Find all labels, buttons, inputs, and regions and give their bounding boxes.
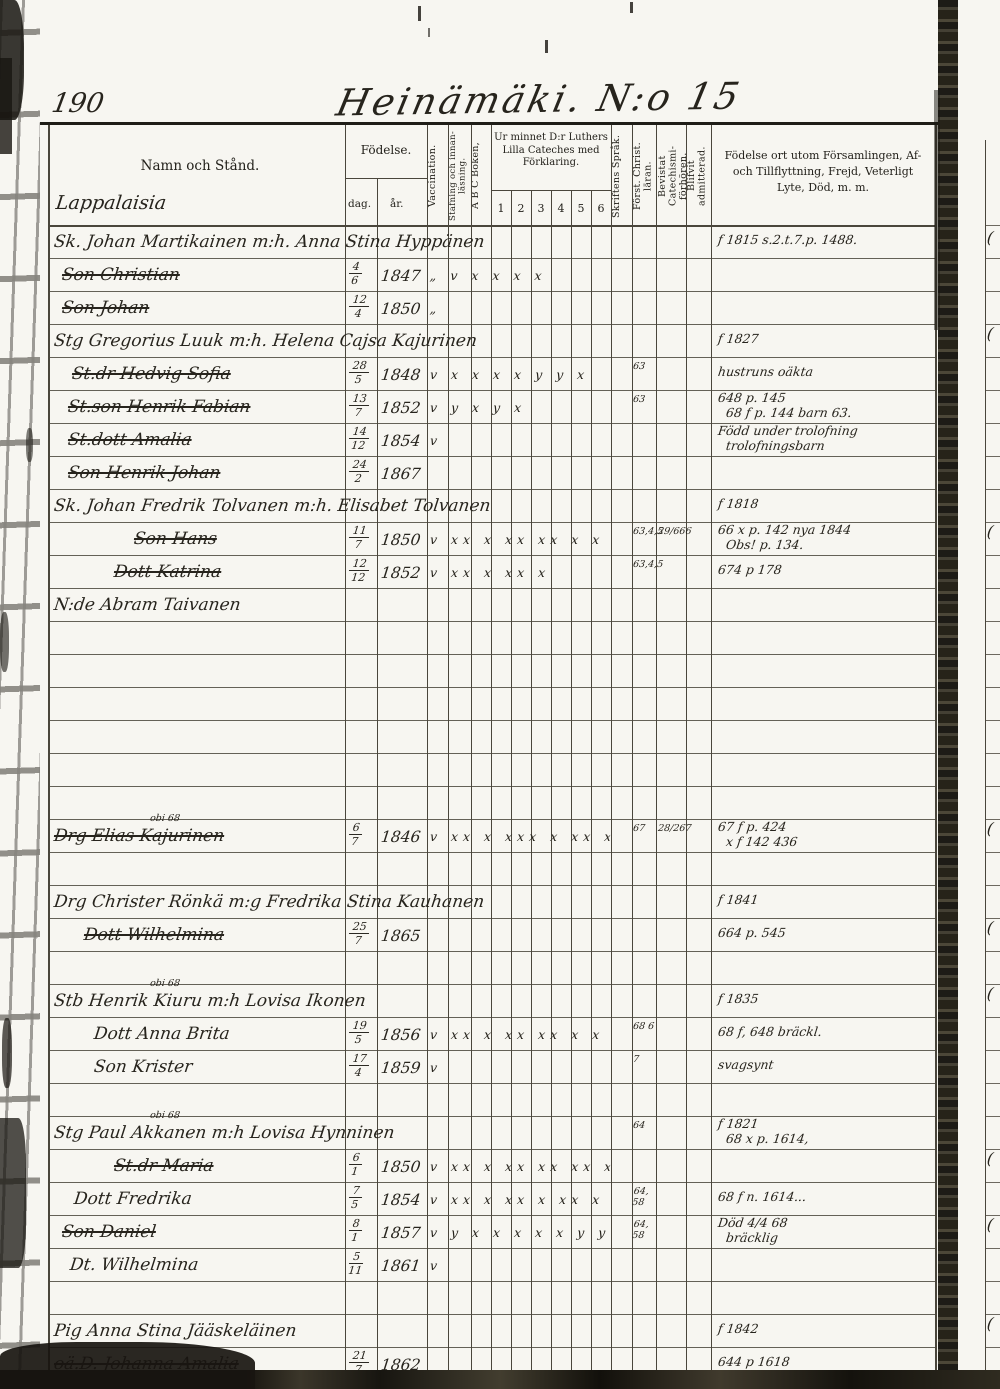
birth-day-numerator: 19 xyxy=(349,1020,370,1033)
person-name: Drg Elias Kajurinen xyxy=(53,826,226,846)
village-note: Lappalaisia xyxy=(55,192,168,214)
birth-day-denominator: 7 xyxy=(348,406,369,418)
christ-laran-note: 63,4,5 xyxy=(632,559,659,570)
birth-year: 1847 xyxy=(380,267,422,285)
table-row xyxy=(0,621,1000,654)
fragment-row-line xyxy=(986,291,1000,292)
page-number: 190 xyxy=(49,88,106,119)
col-header-forst: Först. Christ. läran. xyxy=(633,130,655,222)
birth-day: 137 xyxy=(348,393,371,418)
remark-line: 674 p 178 xyxy=(717,563,782,577)
fragment-row-line xyxy=(986,621,1000,622)
birth-day-numerator: 12 xyxy=(349,558,370,571)
cateches-col-number: 3 xyxy=(531,202,551,215)
person-name: Dott Katrina xyxy=(113,562,223,582)
birth-day-numerator: 6 xyxy=(349,822,363,835)
birth-year: 1850 xyxy=(380,531,422,549)
table-row: St.dr Maria611850v xx x xx xx xx xx x xyxy=(0,1149,1000,1182)
examination-marks: v xyxy=(429,1258,611,1273)
birth-day-numerator: 21 xyxy=(349,1350,370,1363)
fodelse-divider xyxy=(345,178,427,179)
fragment-row-line xyxy=(986,456,1000,457)
birth-day-denominator: 6 xyxy=(348,274,362,286)
person-name: Dott Anna Brita xyxy=(93,1024,231,1044)
fragment-row-line xyxy=(986,1083,1000,1084)
scan-blot xyxy=(26,428,33,462)
fragment-row-line xyxy=(986,852,1000,853)
table-row: Dott Fredrika751854v xx x xx x xx x xx64… xyxy=(0,1182,1000,1215)
examination-marks: v xx x xx x xx x xx xyxy=(429,1192,611,1207)
birth-day: 75 xyxy=(348,1185,364,1210)
birth-year: 1846 xyxy=(380,828,422,846)
table-row: N:de Abram Taivanen xyxy=(0,588,1000,621)
birth-day: 117 xyxy=(348,525,371,550)
birth-day: 257 xyxy=(348,921,371,946)
birth-day-numerator: 5 xyxy=(349,1251,364,1264)
remark-line: Död 4/4 68 xyxy=(717,1216,788,1230)
fragment-row-line xyxy=(986,357,1000,358)
scanned-register-page: 190 Heinämäki. N:o 15 Namn och Stånd. La… xyxy=(0,0,1000,1389)
cateches-col-number: 2 xyxy=(511,202,531,215)
birth-year: 1857 xyxy=(380,1224,422,1242)
remark-line: x f 142 436 xyxy=(725,835,798,849)
table-row: Dott Wilhelmina2571865664 p. 545 xyxy=(0,918,1000,951)
birth-day: 195 xyxy=(348,1020,371,1045)
examination-marks: „ xyxy=(429,301,611,316)
col-header-vaccination: Vaccination. xyxy=(428,130,447,222)
person-name: Dott Wilhelmina xyxy=(83,925,226,945)
col-header-blifvit: Blifvit admitterad. xyxy=(687,130,710,222)
birth-day-denominator: 2 xyxy=(348,472,369,484)
scan-blot xyxy=(2,1018,12,1088)
birth-day-numerator: 17 xyxy=(349,1053,370,1066)
birth-day: 1212 xyxy=(348,558,371,583)
birth-day-numerator: 28 xyxy=(349,360,370,373)
person-name: Stg Gregorius Luuk m:h. Helena Cajsa Kaj… xyxy=(53,331,478,351)
christ-laran-note: 64, 58 xyxy=(632,1186,661,1208)
fragment-row-line xyxy=(986,489,1000,490)
birth-year: 1865 xyxy=(380,927,422,945)
person-name: Dott Fredrika xyxy=(73,1189,193,1209)
fragment-row-line xyxy=(986,951,1000,952)
christ-laran-note: 64 xyxy=(632,1120,659,1131)
birth-day-denominator: 7 xyxy=(348,934,369,946)
person-name: Son Krister xyxy=(93,1057,194,1077)
birth-day: 81 xyxy=(348,1218,364,1243)
col-header-stafning: Stafning och innan-läsning. xyxy=(449,128,470,224)
table-row: Son Krister1741859v7svagsynt xyxy=(0,1050,1000,1083)
birth-day-denominator: 12 xyxy=(348,439,369,451)
table-row: Son Henrik Johan2421867 xyxy=(0,456,1000,489)
examination-marks: v y x x x x x y y xyxy=(429,1225,611,1240)
fragment-row-line xyxy=(986,423,1000,424)
examination-marks: v x x x x y y x xyxy=(429,367,611,382)
col-header-skriftens: Skriftens Språk. xyxy=(612,130,631,222)
col-header-fodelse: Födelse. xyxy=(345,143,427,157)
person-name: Son Henrik Johan xyxy=(67,463,222,483)
table-row: St.dott Amalia14121854vFödd under trolof… xyxy=(0,423,1000,456)
table-row xyxy=(0,654,1000,687)
table-row xyxy=(0,687,1000,720)
christ-laran-note: 63 xyxy=(632,394,659,405)
table-row xyxy=(0,852,1000,885)
birth-day-denominator: 7 xyxy=(348,538,369,550)
birth-day-denominator: 11 xyxy=(348,1264,363,1276)
remark-line: hustruns oäkta xyxy=(717,365,814,379)
person-name: St.son Henrik Fabian xyxy=(67,397,252,417)
catechismi-note: 29/666 xyxy=(657,526,688,537)
examination-marks: v xyxy=(429,1060,611,1075)
fragment-row-line xyxy=(986,1347,1000,1348)
fragment-row-line xyxy=(986,1050,1000,1051)
person-name: Drg Christer Rönkä m:g Fredrika Stina Ka… xyxy=(53,892,486,912)
scan-blot xyxy=(0,612,9,672)
remark-line: svagsynt xyxy=(717,1058,774,1072)
remark-line: 68 x p. 1614, xyxy=(725,1132,809,1146)
fragment-row-line xyxy=(986,1182,1000,1183)
col-header-bevistat: Bevistat Catechismi-förhören. xyxy=(658,128,685,224)
col-header-namn: Namn och Stånd. xyxy=(60,158,340,174)
remark-line: f 1815 s.2.t.7.p. 1488. xyxy=(717,233,858,247)
fragment-row-line xyxy=(986,1017,1000,1018)
table-top-border xyxy=(40,122,945,125)
person-name: Sk. Johan Fredrik Tolvanen m:h. Elisabet… xyxy=(53,496,492,516)
cateches-col-number: 4 xyxy=(551,202,571,215)
birth-day-denominator: 4 xyxy=(348,307,369,319)
birth-day-numerator: 14 xyxy=(349,426,370,439)
examination-marks: v xyxy=(429,433,611,448)
christ-laran-note: 67 xyxy=(632,823,659,834)
fragment-row-line xyxy=(986,654,1000,655)
fragment-row-line xyxy=(986,390,1000,391)
birth-year: 1854 xyxy=(380,432,422,450)
table-row: Son Hans1171850v xx x xx xx x x63,4,529/… xyxy=(0,522,1000,555)
christ-laran-note: 63,4,5 xyxy=(632,526,659,537)
birth-day: 67 xyxy=(348,822,364,847)
birth-day-denominator: 12 xyxy=(348,571,369,583)
birth-day: 174 xyxy=(348,1053,371,1078)
cateches-col-number: 5 xyxy=(571,202,591,215)
table-row xyxy=(0,753,1000,786)
fragment-row-line xyxy=(986,687,1000,688)
remark-line: Obs! p. 134. xyxy=(725,538,804,552)
christ-laran-note: 64, 58 xyxy=(632,1219,661,1241)
fragment-row-line xyxy=(986,555,1000,556)
birth-day: 1412 xyxy=(348,426,371,451)
fragment-row-line xyxy=(986,258,1000,259)
birth-day-numerator: 8 xyxy=(349,1218,363,1231)
birth-year: 1854 xyxy=(380,1191,422,1209)
remark-line: 68 f p. 144 barn 63. xyxy=(725,406,852,420)
remark-line: f 1821 xyxy=(717,1117,759,1131)
christ-laran-note: 7 xyxy=(632,1054,659,1065)
person-name: Dt. Wilhelmina xyxy=(69,1255,200,1275)
entry-annotation: obi 68 xyxy=(149,978,180,989)
birth-day-numerator: 7 xyxy=(349,1185,363,1198)
birth-day-denominator: 5 xyxy=(348,373,369,385)
person-name: Pig Anna Stina Jääskeläinen xyxy=(53,1321,298,1341)
entry-annotation: obi 68 xyxy=(149,1110,180,1121)
fragment-row-line xyxy=(986,1281,1000,1282)
table-row: Stg Gregorius Luuk m:h. Helena Cajsa Kaj… xyxy=(0,324,1000,357)
examination-marks: v y x y x xyxy=(429,400,611,415)
fragment-row-line xyxy=(986,1116,1000,1117)
birth-day-denominator: 5 xyxy=(348,1033,369,1045)
examination-marks: v xx x xxx x xx x xyxy=(429,829,611,844)
book-gutter-shadow xyxy=(938,0,958,1389)
birth-day: 124 xyxy=(348,294,371,319)
birth-day-denominator: 4 xyxy=(348,1066,369,1078)
scan-blot xyxy=(0,1342,255,1389)
birth-day-numerator: 12 xyxy=(349,294,370,307)
table-row: Dott Anna Brita1951856v xx x xx xx x x x… xyxy=(0,1017,1000,1050)
scan-blot xyxy=(630,2,633,13)
examination-marks: „ v x x x x xyxy=(429,268,611,283)
fragment-row-line xyxy=(986,885,1000,886)
birth-year: 1861 xyxy=(380,1257,422,1275)
remark-line: trolofningsbarn xyxy=(725,439,825,453)
birth-year: 1850 xyxy=(380,300,422,318)
fragment-row-line xyxy=(986,225,1000,226)
birth-year: 1859 xyxy=(380,1059,422,1077)
remark-line: 664 p. 545 xyxy=(717,926,786,940)
examination-marks: v xx x xx x xyxy=(429,565,611,580)
birth-day-denominator: 5 xyxy=(348,1198,362,1210)
col-header-abc: A B C Boken, xyxy=(471,130,490,222)
table-row: St.dr Hedvig Sofia2851848v x x x x y y x… xyxy=(0,357,1000,390)
remark-line: 68 f n. 1614... xyxy=(717,1190,807,1204)
cateches-divider xyxy=(491,190,611,191)
birth-day-numerator: 6 xyxy=(349,1152,363,1165)
scan-blot xyxy=(545,40,548,53)
person-name: St.dr Hedvig Sofia xyxy=(71,364,232,384)
fragment-row-line xyxy=(986,720,1000,721)
table-row: Son Johan1241850„ xyxy=(0,291,1000,324)
table-row xyxy=(0,720,1000,753)
person-name: Stg Paul Akkanen m:h Lovisa Hynninen xyxy=(53,1123,396,1143)
birth-day: 46 xyxy=(348,261,364,286)
table-row: Son Christian461847„ v x x x x xyxy=(0,258,1000,291)
table-row: St.son Henrik Fabian1371852v y x y x6364… xyxy=(0,390,1000,423)
remark-line: 648 p. 145 xyxy=(717,391,786,405)
col-header-ar: år. xyxy=(390,198,403,210)
remark-line: 68 f, 648 bräckl. xyxy=(717,1025,823,1039)
christ-laran-note: 68 6 xyxy=(632,1021,659,1032)
birth-year: 1856 xyxy=(380,1026,422,1044)
person-name: Sk. Johan Martikainen m:h. Anna Stina Hy… xyxy=(53,232,486,252)
fragment-row-line xyxy=(986,786,1000,787)
examination-marks: v xx x xx xx xx xx x xyxy=(429,1159,611,1174)
table-row: Sk. Johan Fredrik Tolvanen m:h. Elisabet… xyxy=(0,489,1000,522)
scan-blot xyxy=(418,6,421,21)
table-row: Sk. Johan Martikainen m:h. Anna Stina Hy… xyxy=(0,225,1000,258)
birth-day: 61 xyxy=(348,1152,364,1177)
remark-line: f 1835 xyxy=(717,992,759,1006)
person-name: N:de Abram Taivanen xyxy=(53,595,242,615)
table-row: Dott Katrina12121852v xx x xx x63,4,5674… xyxy=(0,555,1000,588)
examination-marks: v xx x xx xx x x xyxy=(429,532,611,547)
birth-day: 242 xyxy=(348,459,371,484)
table-row: Stb Henrik Kiuru m:h Lovisa Ikonenobi 68… xyxy=(0,984,1000,1017)
scan-blot xyxy=(0,1118,26,1268)
fragment-row-line xyxy=(986,588,1000,589)
entry-annotation: obi 68 xyxy=(149,813,180,824)
birth-day-denominator: 1 xyxy=(348,1231,362,1243)
scan-blot xyxy=(934,90,940,330)
col-header-dag: dag. xyxy=(348,198,371,210)
examination-marks: v xx x xx xx x x x x xyxy=(429,1027,611,1042)
table-row: Drg Elias Kajurinenobi 68671846v xx x xx… xyxy=(0,819,1000,852)
birth-day-denominator: 1 xyxy=(348,1165,362,1177)
remark-line: Född under trolofning xyxy=(717,424,858,438)
person-name: St.dott Amalia xyxy=(67,430,193,450)
person-name: Son Daniel xyxy=(61,1222,157,1242)
table-row: Stg Paul Akkanen m:h Lovisa Hynninenobi … xyxy=(0,1116,1000,1149)
remark-line: f 1818 xyxy=(717,497,759,511)
cateches-col-number: 6 xyxy=(591,202,611,215)
col-header-remarks: Födelse ort utom Församlingen, Af- och T… xyxy=(720,148,926,196)
birth-day-numerator: 11 xyxy=(349,525,370,538)
person-name: Son Christian xyxy=(61,265,181,285)
scan-blot xyxy=(0,58,12,154)
remark-line: f 1827 xyxy=(717,332,759,346)
person-name: Son Hans xyxy=(133,529,218,549)
fragment-row-line xyxy=(986,1248,1000,1249)
christ-laran-note: 63 xyxy=(632,361,659,372)
birth-day-numerator: 24 xyxy=(349,459,370,472)
person-name: Stb Henrik Kiuru m:h Lovisa Ikonen xyxy=(53,991,367,1011)
birth-day-denominator: 7 xyxy=(348,835,362,847)
fragment-row-line xyxy=(986,753,1000,754)
birth-day-numerator: 13 xyxy=(349,393,370,406)
birth-day-numerator: 4 xyxy=(349,261,363,274)
table-row xyxy=(0,1281,1000,1314)
remark-line: 66 x p. 142 nya 1844 xyxy=(717,523,852,537)
table-row: Dt. Wilhelmina5111861v xyxy=(0,1248,1000,1281)
table-row: Drg Christer Rönkä m:g Fredrika Stina Ka… xyxy=(0,885,1000,918)
remark-line: bräcklig xyxy=(725,1231,779,1245)
birth-year: 1850 xyxy=(380,1158,422,1176)
birth-year: 1852 xyxy=(380,399,422,417)
remark-line: f 1841 xyxy=(717,893,759,907)
person-name: St.dr Maria xyxy=(113,1156,215,1176)
remark-line: f 1842 xyxy=(717,1322,759,1336)
person-name: Son Johan xyxy=(61,298,151,318)
fragment-vline xyxy=(985,140,986,1389)
birth-day: 285 xyxy=(348,360,371,385)
birth-day: 511 xyxy=(348,1251,365,1276)
remark-line: 644 p 1618 xyxy=(717,1355,790,1369)
scan-blot xyxy=(428,28,430,37)
table-row: Son Daniel811857v y x x x x x y y64, 58D… xyxy=(0,1215,1000,1248)
col-header-cateches: Ur minnet D:r Luthers Lilla Cateches med… xyxy=(493,132,609,170)
catechismi-note: 28/267 xyxy=(657,823,688,834)
cateches-col-number: 1 xyxy=(491,202,511,215)
page-title: Heinämäki. N:o 15 xyxy=(333,74,746,124)
birth-year: 1867 xyxy=(380,465,422,483)
remark-line: 67 f p. 424 xyxy=(717,820,787,834)
birth-year: 1848 xyxy=(380,366,422,384)
birth-year: 1852 xyxy=(380,564,422,582)
birth-day-numerator: 25 xyxy=(349,921,370,934)
